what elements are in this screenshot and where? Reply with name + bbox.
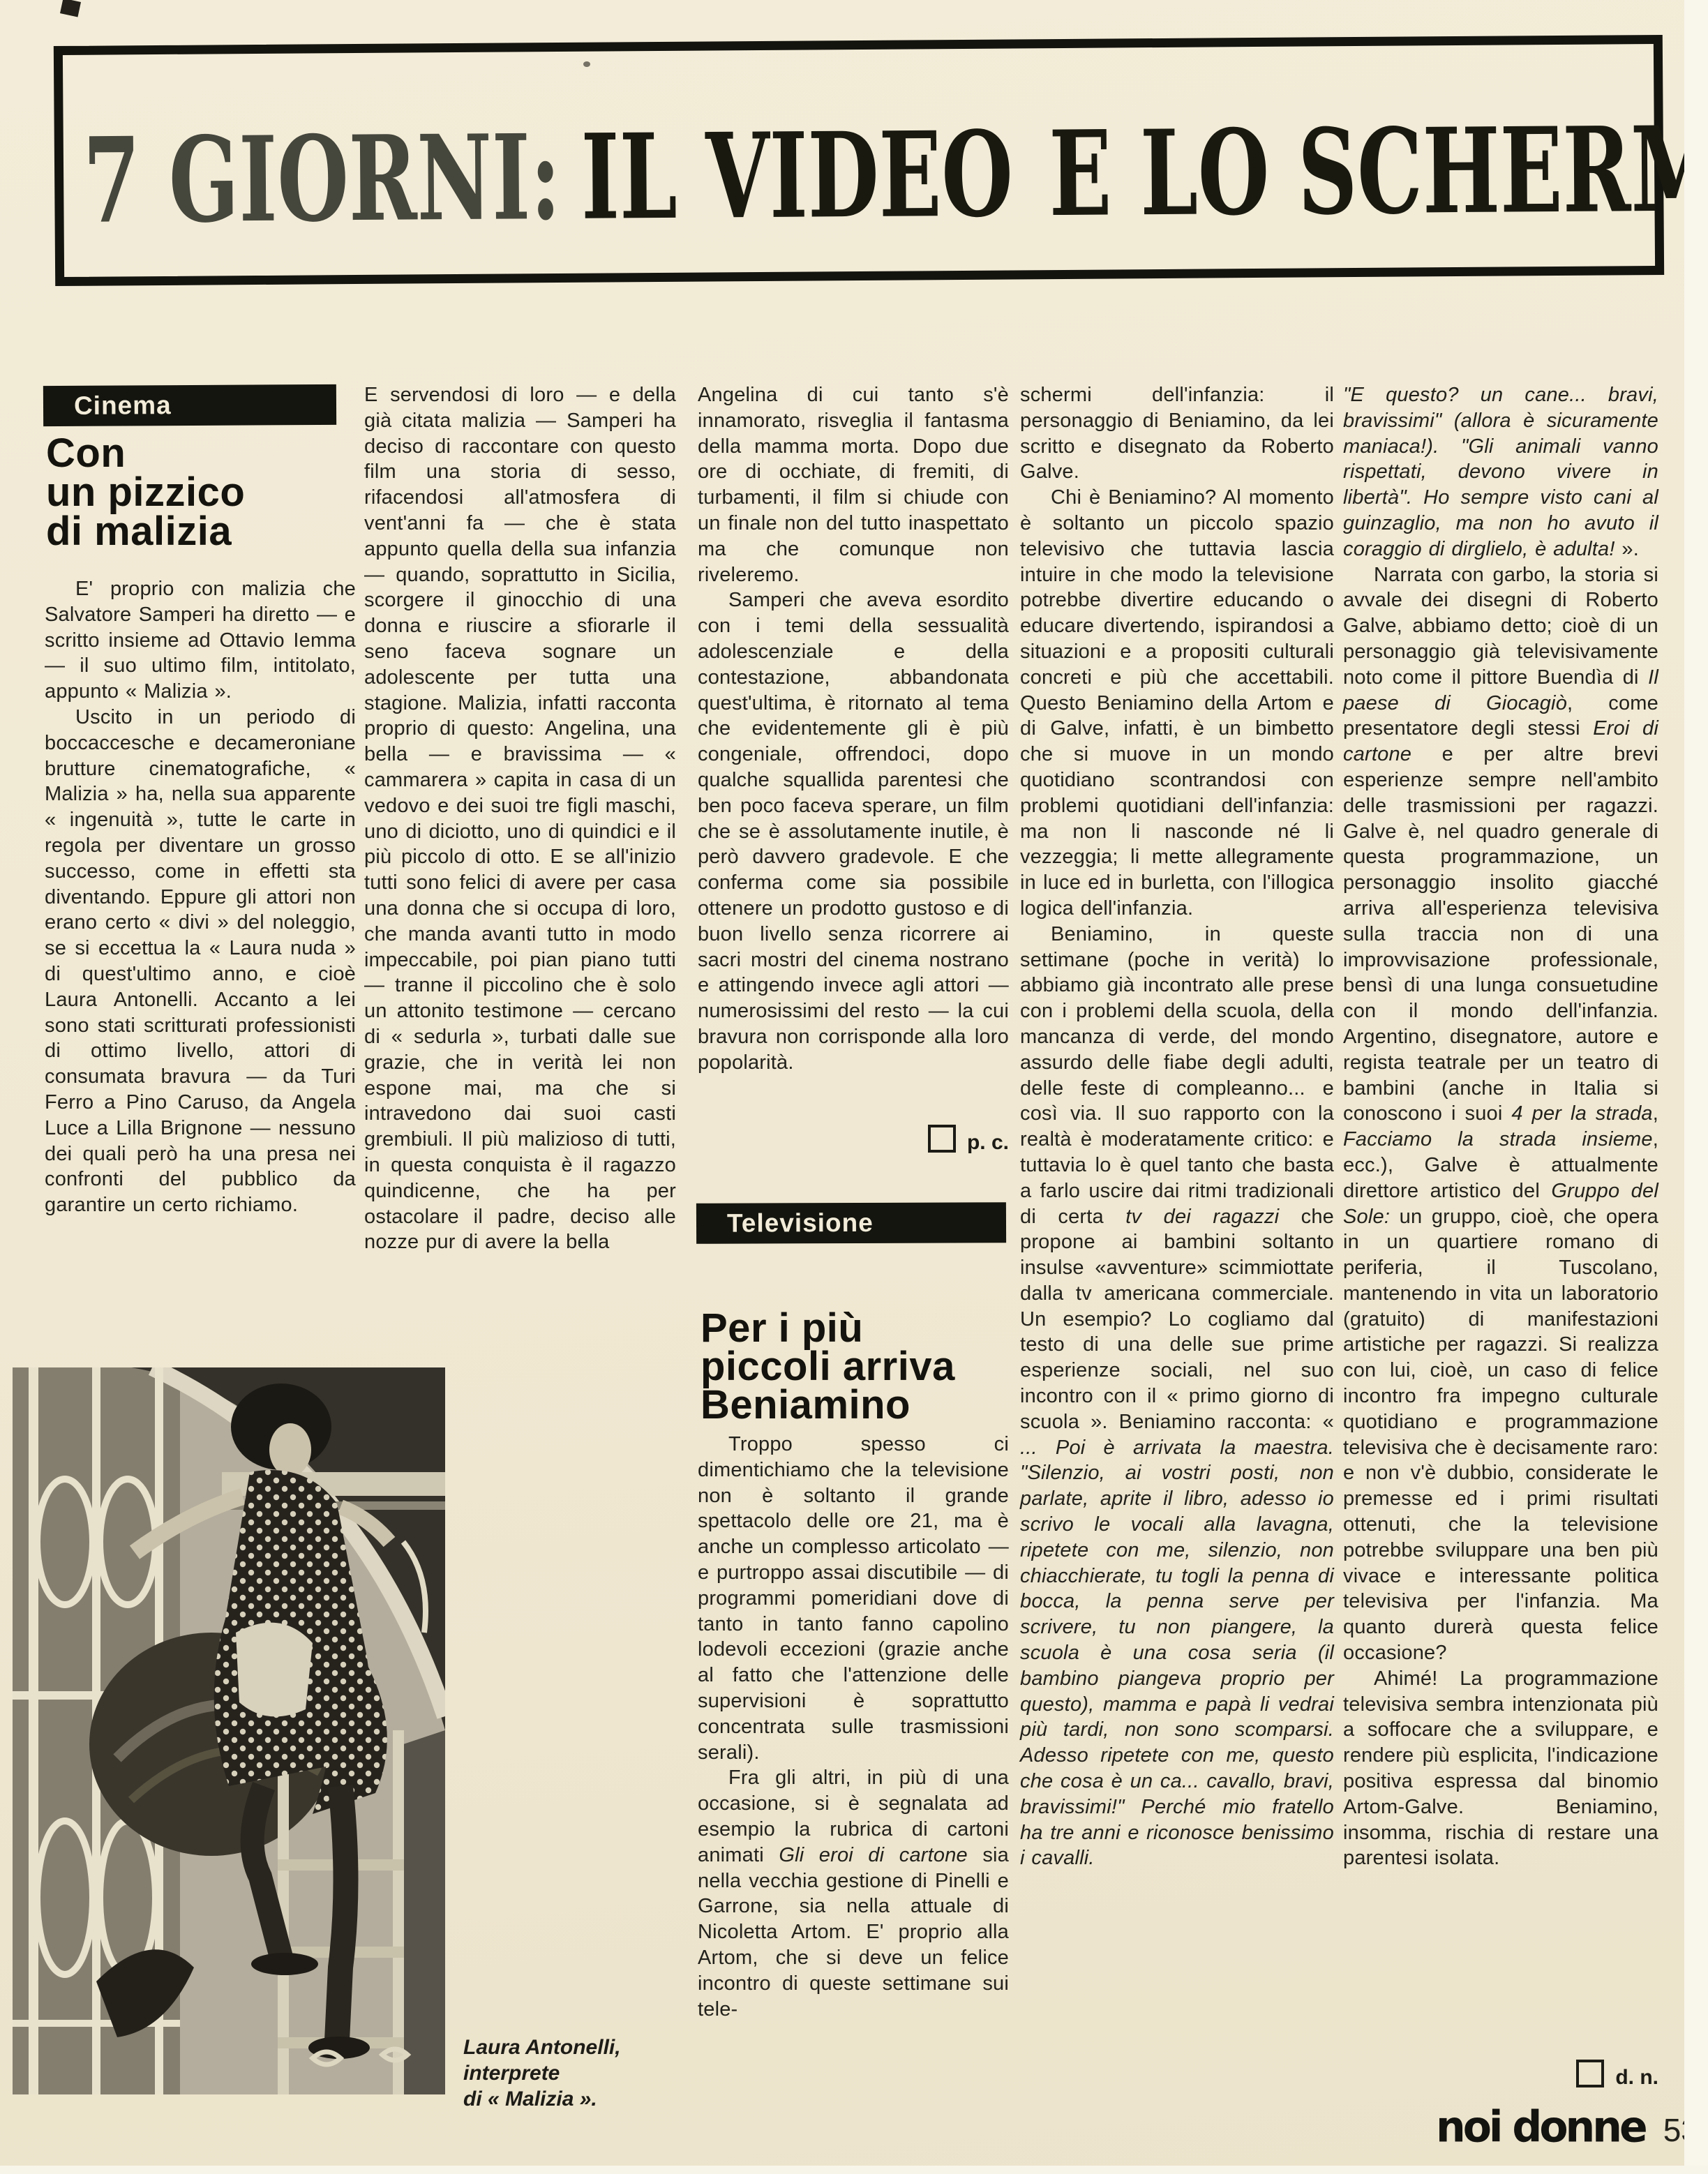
article-title-televisione: Per i più piccoli arriva Beniamino xyxy=(701,1309,955,1424)
scan-artifact xyxy=(60,0,81,17)
magazine-logo: noi donne xyxy=(1436,2102,1645,2152)
article-paragraph: Troppo spesso ci dimentichiamo che la te… xyxy=(698,1432,1009,1765)
page-footer: noi donne 53 xyxy=(1436,2103,1699,2152)
cinema-article-column-2: E servendosi di loro — e della già citat… xyxy=(364,382,676,1359)
article-signature-cinema: p. c. xyxy=(698,1125,1009,1155)
cinema-article-column-3: Angelina di cui tanto s'è innamorato, ri… xyxy=(698,382,1009,1129)
scan-edge xyxy=(1684,0,1708,2174)
article-paragraph: Narrata con garbo, la storia si avvale d… xyxy=(1343,562,1658,1666)
article-paragraph: Chi è Beniamino? Al momento è soltanto u… xyxy=(1020,485,1334,922)
photo-caption: Laura Antonelli, interprete di « Malizia… xyxy=(463,2034,728,2112)
section-label-cinema: Cinema xyxy=(43,384,336,426)
article-paragraph: schermi dell'infanzia: il personaggio di… xyxy=(1020,382,1334,485)
cinema-article-column-1: E' proprio con malizia che Salvatore Sam… xyxy=(45,576,356,1372)
signature-initials: p. c. xyxy=(967,1131,1009,1154)
article-paragraph: E' proprio con malizia che Salvatore Sam… xyxy=(45,576,356,705)
article-title-cinema: Con un pizzico di malizia xyxy=(46,434,245,551)
article-paragraph: "E questo? un cane... bravi, bravissimi"… xyxy=(1343,382,1658,562)
photo-laura-antonelli xyxy=(13,1367,445,2094)
end-mark-square-icon xyxy=(1576,2060,1604,2087)
magazine-page: 7 GIORNI:IL VIDEOE LO SCHERMO Cinema Con… xyxy=(0,0,1708,2174)
section-label-televisione: Televisione xyxy=(696,1202,1006,1244)
scan-edge xyxy=(0,2166,1708,2174)
article-paragraph: Beniamino, in queste settimane (poche in… xyxy=(1020,922,1334,1871)
article-signature-televisione: d. n. xyxy=(1343,2060,1658,2090)
page-title-rest: E LO SCHERMO xyxy=(1049,100,1708,243)
page-title: 7 GIORNI:IL VIDEOE LO SCHERMO xyxy=(83,110,1708,239)
article-paragraph: E servendosi di loro — e della già citat… xyxy=(364,382,676,1255)
article-paragraph: Ahimé! La programmazione televisiva semb… xyxy=(1343,1666,1658,1871)
article-paragraph: Samperi che aveva esordito con i temi de… xyxy=(698,587,1009,1075)
televisione-article-column-4: schermi dell'infanzia: il personaggio di… xyxy=(1020,382,1334,2113)
signature-initials: d. n. xyxy=(1615,2066,1658,2089)
page-title-prefix: 7 GIORNI: xyxy=(82,108,561,250)
photo-image xyxy=(13,1367,445,2094)
header-box: 7 GIORNI:IL VIDEOE LO SCHERMO xyxy=(54,35,1664,286)
end-mark-square-icon xyxy=(928,1125,956,1153)
televisione-article-column-3: Troppo spesso ci dimentichiamo che la te… xyxy=(698,1432,1009,2122)
article-paragraph: Fra gli altri, in più di una occasione, … xyxy=(698,1765,1009,2022)
televisione-article-column-5: "E questo? un cane... bravi, bravissimi"… xyxy=(1343,382,1658,2043)
page-title-mid: IL VIDEO xyxy=(580,105,1013,246)
article-paragraph: Uscito in un periodo di boccaccesche e d… xyxy=(45,705,356,1218)
article-paragraph: Angelina di cui tanto s'è innamorato, ri… xyxy=(698,382,1009,587)
